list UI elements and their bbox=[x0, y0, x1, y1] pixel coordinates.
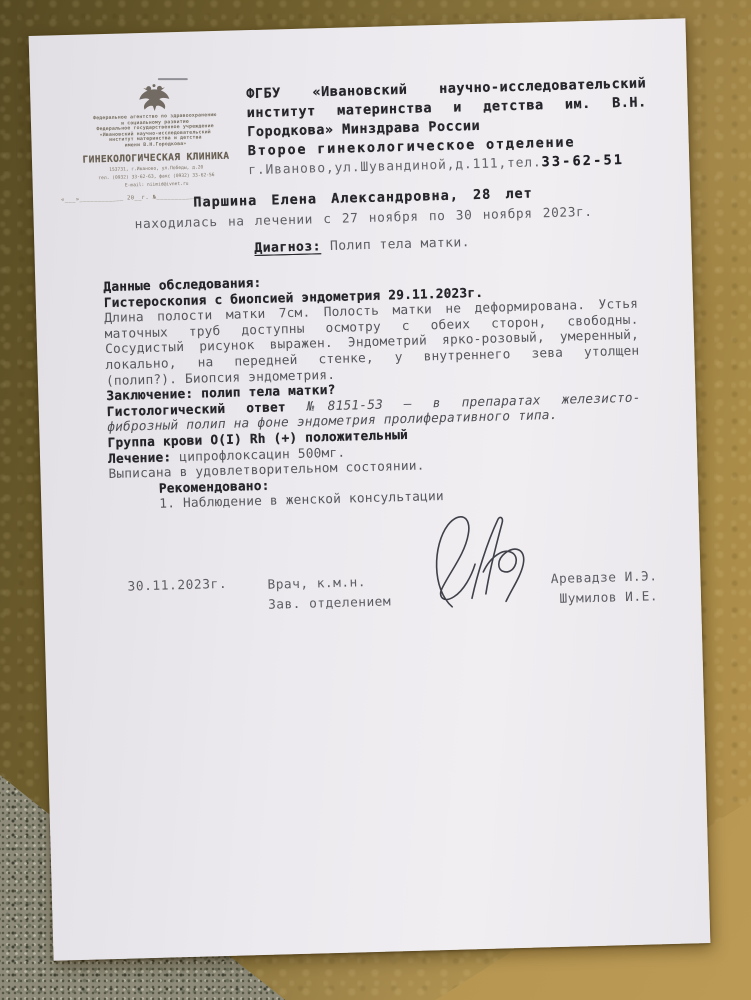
clinic-stamp: Федеральное агентство по здравоохранению… bbox=[56, 80, 255, 203]
photo-scene: Федеральное агентство по здравоохранению… bbox=[0, 0, 751, 1000]
document-content: Федеральное агентство по здравоохранению… bbox=[29, 18, 711, 960]
discharge-summary-sheet: Федеральное агентство по здравоохранению… bbox=[29, 18, 711, 960]
diagnosis-line: Диагноз:Полип тела матки. bbox=[254, 235, 470, 256]
pen-mark bbox=[158, 78, 188, 80]
signer-roles: Врач, к.м.н. Зав. отделением bbox=[267, 572, 391, 614]
treatment-label: Лечение: bbox=[108, 450, 172, 467]
org-phone-number: 33-62-51 bbox=[541, 152, 624, 170]
diagnosis-value: Полип тела матки. bbox=[330, 235, 470, 254]
signer-role: Зав. отделением bbox=[268, 592, 392, 615]
double-headed-eagle-icon bbox=[137, 82, 172, 113]
signer-names: Аревадзе И.Э. Шумилов И.Е. bbox=[511, 567, 658, 610]
diagnosis-label: Диагноз: bbox=[254, 239, 321, 256]
org-header: ФГБУ «Ивановский научно-исследовательски… bbox=[246, 74, 648, 180]
stamp-address-line: E-mail: niimid@ivnet.ru bbox=[59, 180, 255, 191]
signature-date: 30.11.2023г. bbox=[127, 577, 227, 595]
examination-report: Данные обследования: Гистероскопия с био… bbox=[103, 266, 643, 514]
signer-name: Шумилов И.Е. bbox=[512, 587, 658, 610]
